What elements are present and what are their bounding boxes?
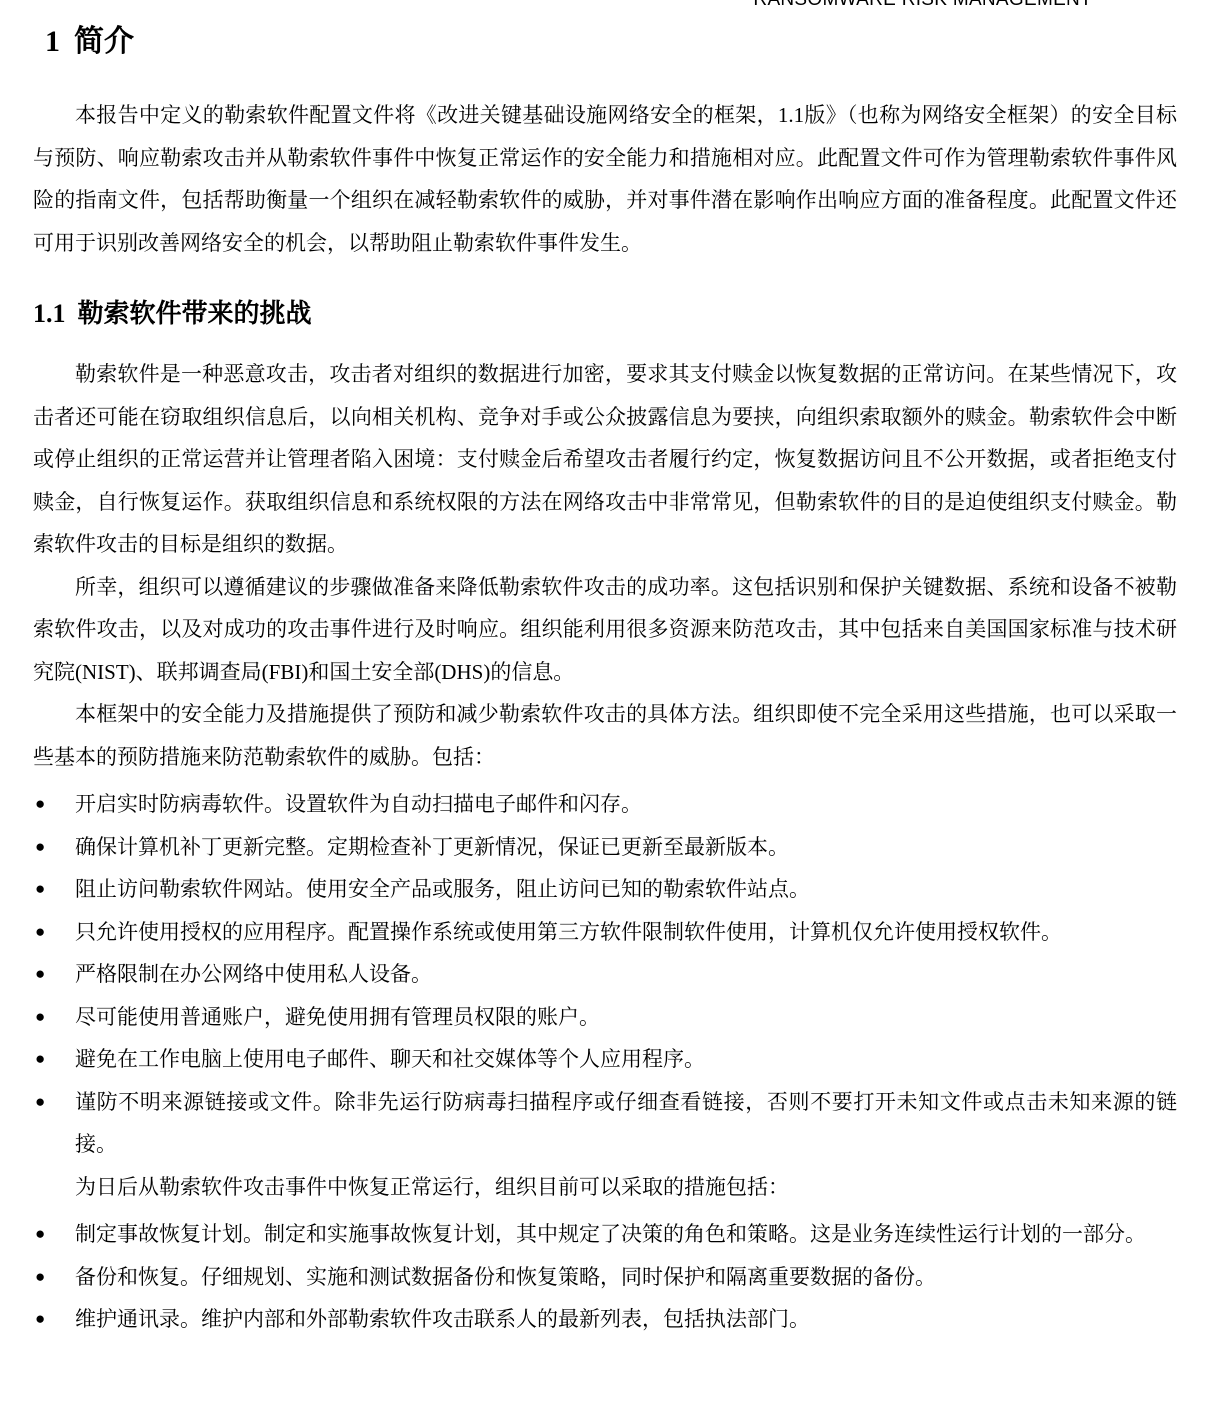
- list-item: ● 严格限制在办公网络中使用私人设备。: [33, 953, 1177, 996]
- heading-text: 勒索软件带来的挑战: [78, 299, 312, 328]
- list-item-text: 谨防不明来源链接或文件。除非先运行防病毒扫描程序或仔细查看链接，否则不要打开未知…: [75, 1090, 1177, 1157]
- list-item: ● 避免在工作电脑上使用电子邮件、聊天和社交媒体等个人应用程序。: [33, 1038, 1177, 1081]
- recover-list: ● 制定事故恢复计划。制定和实施事故恢复计划，其中规定了决策的角色和策略。这是业…: [33, 1213, 1177, 1341]
- section-1-1-heading: 1.1勒索软件带来的挑战: [33, 298, 1177, 329]
- bullet-icon: ●: [35, 868, 45, 911]
- list-item: ● 只允许使用授权的应用程序。配置操作系统或使用第三方软件限制软件使用，计算机仅…: [33, 911, 1177, 954]
- list-item: ● 备份和恢复。仔细规划、实施和测试数据备份和恢复策略，同时保护和隔离重要数据的…: [33, 1256, 1177, 1299]
- bullet-icon: ●: [35, 1213, 45, 1256]
- list-item: ● 确保计算机补丁更新完整。定期检查补丁更新情况，保证已更新至最新版本。: [33, 826, 1177, 869]
- document-content: 1简介 本报告中定义的勒索软件配置文件将《改进关键基础设施网络安全的框架，1.1…: [0, 24, 1210, 1341]
- intro-paragraph: 本报告中定义的勒索软件配置文件将《改进关键基础设施网络安全的框架，1.1版》（也…: [33, 94, 1177, 264]
- bullet-icon: ●: [35, 1038, 45, 1081]
- list-item: ● 尽可能使用普通账户，避免使用拥有管理员权限的账户。: [33, 996, 1177, 1039]
- list-item-text: 避免在工作电脑上使用电子邮件、聊天和社交媒体等个人应用程序。: [75, 1047, 705, 1071]
- bullet-icon: ●: [35, 1081, 45, 1124]
- list-item-text: 备份和恢复。仔细规划、实施和测试数据备份和恢复策略，同时保护和隔离重要数据的备份…: [75, 1265, 936, 1289]
- bullet-icon: ●: [35, 1298, 45, 1341]
- bullet-icon: ●: [35, 783, 45, 826]
- list-item-text: 确保计算机补丁更新完整。定期检查补丁更新情况，保证已更新至最新版本。: [75, 835, 789, 859]
- list-item-text: 开启实时防病毒软件。设置软件为自动扫描电子邮件和闪存。: [75, 792, 642, 816]
- list-item-text: 严格限制在办公网络中使用私人设备。: [75, 962, 432, 986]
- list-item-text: 维护通讯录。维护内部和外部勒索软件攻击联系人的最新列表，包括执法部门。: [75, 1307, 810, 1331]
- prevention-list: ● 开启实时防病毒软件。设置软件为自动扫描电子邮件和闪存。 ● 确保计算机补丁更…: [33, 783, 1177, 1166]
- list-item: ● 维护通讯录。维护内部和外部勒索软件攻击联系人的最新列表，包括执法部门。: [33, 1298, 1177, 1341]
- recover-intro-paragraph: 为日后从勒索软件攻击事件中恢复正常运行，组织目前可以采取的措施包括：: [33, 1166, 1177, 1209]
- list-item: ● 阻止访问勒索软件网站。使用安全产品或服务，阻止访问已知的勒索软件站点。: [33, 868, 1177, 911]
- list-item: ● 制定事故恢复计划。制定和实施事故恢复计划，其中规定了决策的角色和策略。这是业…: [33, 1213, 1177, 1256]
- running-header: RANSOMWARE RISK MANAGEMENT: [753, 0, 1092, 11]
- heading-number: 1.1: [33, 299, 66, 328]
- challenge-paragraph-2: 所幸，组织可以遵循建议的步骤做准备来降低勒索软件攻击的成功率。这包括识别和保护关…: [33, 566, 1177, 694]
- heading-text: 简介: [74, 25, 134, 58]
- list-item-text: 尽可能使用普通账户，避免使用拥有管理员权限的账户。: [75, 1005, 600, 1029]
- list-item-text: 只允许使用授权的应用程序。配置操作系统或使用第三方软件限制软件使用，计算机仅允许…: [75, 920, 1062, 944]
- challenge-paragraph-3: 本框架中的安全能力及措施提供了预防和减少勒索软件攻击的具体方法。组织即使不完全采…: [33, 693, 1177, 778]
- list-item: ● 开启实时防病毒软件。设置软件为自动扫描电子邮件和闪存。: [33, 783, 1177, 826]
- bullet-icon: ●: [35, 953, 45, 996]
- list-item-text: 阻止访问勒索软件网站。使用安全产品或服务，阻止访问已知的勒索软件站点。: [75, 877, 810, 901]
- bullet-icon: ●: [35, 826, 45, 869]
- bullet-icon: ●: [35, 1256, 45, 1299]
- bullet-icon: ●: [35, 996, 45, 1039]
- list-item: ● 谨防不明来源链接或文件。除非先运行防病毒扫描程序或仔细查看链接，否则不要打开…: [33, 1081, 1177, 1166]
- list-item-text: 制定事故恢复计划。制定和实施事故恢复计划，其中规定了决策的角色和策略。这是业务连…: [75, 1222, 1146, 1246]
- heading-number: 1: [45, 25, 60, 58]
- section-1-heading: 1简介: [45, 24, 1177, 60]
- document-page: RANSOMWARE RISK MANAGEMENT 1简介 本报告中定义的勒索…: [0, 0, 1210, 1404]
- challenge-paragraph-1: 勒索软件是一种恶意攻击，攻击者对组织的数据进行加密，要求其支付赎金以恢复数据的正…: [33, 353, 1177, 566]
- bullet-icon: ●: [35, 911, 45, 954]
